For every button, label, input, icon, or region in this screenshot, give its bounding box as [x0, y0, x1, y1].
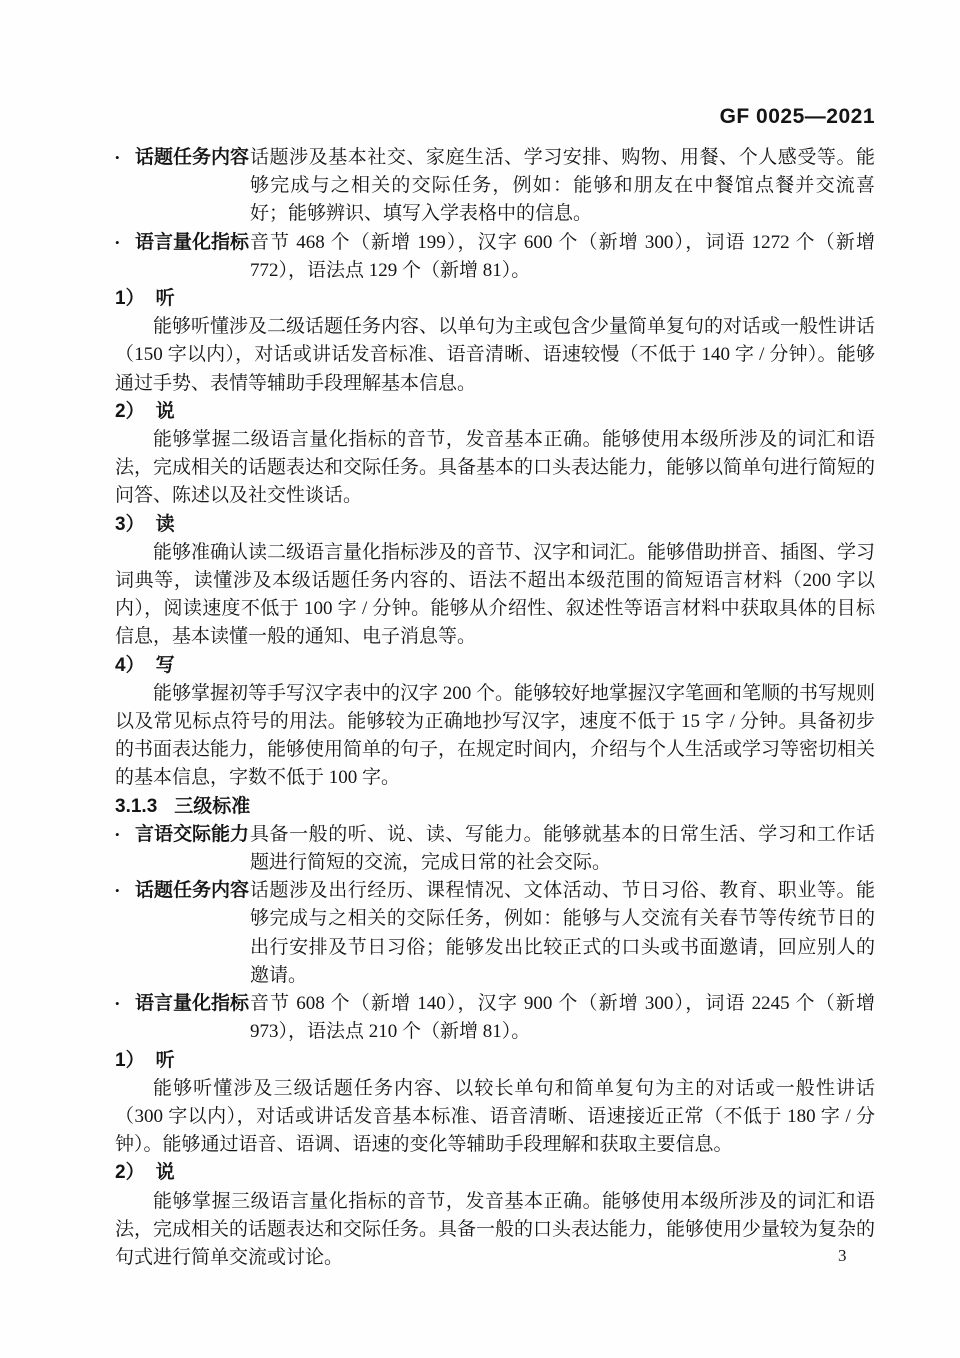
bullet-icon: • [115, 821, 135, 849]
heading-title: 说 [156, 401, 175, 422]
list-heading-listening-l2: 1）听 [115, 285, 875, 313]
bullet-icon: • [115, 990, 135, 1018]
heading-number: 1） [115, 1050, 145, 1071]
heading-title: 说 [156, 1162, 175, 1183]
heading-title: 听 [156, 288, 175, 309]
bullet-label: 话题任务内容 [135, 144, 250, 172]
paragraph-listening-l3: 能够听懂涉及三级话题任务内容、以较长单句和简单复句为主的对话或一般性讲话（300… [115, 1075, 875, 1160]
paragraph-writing-l2: 能够掌握初等手写汉字表中的汉字 200 个。能够较好地掌握汉字笔画和笔顺的书写规… [115, 680, 875, 793]
bullet-icon: • [115, 877, 135, 905]
list-heading-speaking-l2: 2）说 [115, 398, 875, 426]
section-number: 3.1.3 [115, 796, 157, 817]
bullet-item-topic-tasks-l2: • 话题任务内容 话题涉及基本社交、家庭生活、学习安排、购物、用餐、个人感受等。… [115, 144, 875, 229]
heading-title: 写 [156, 655, 175, 676]
bullet-item-topic-tasks-l3: • 话题任务内容 话题涉及出行经历、课程情况、文体活动、节日习俗、教育、职业等。… [115, 877, 875, 990]
bullet-text: 话题涉及基本社交、家庭生活、学习安排、购物、用餐、个人感受等。能够完成与之相关的… [250, 144, 875, 229]
heading-number: 3） [115, 514, 145, 535]
document-page: GF 0025—2021 • 话题任务内容 话题涉及基本社交、家庭生活、学习安排… [0, 0, 960, 1358]
bullet-label: 言语交际能力 [135, 821, 250, 849]
bullet-text: 话题涉及出行经历、课程情况、文体活动、节日习俗、教育、职业等。能够完成与之相关的… [250, 877, 875, 990]
heading-title: 听 [156, 1050, 175, 1071]
paragraph-speaking-l3: 能够掌握三级语言量化指标的音节，发音基本正确。能够使用本级所涉及的词汇和语法，完… [115, 1188, 875, 1273]
list-heading-writing-l2: 4）写 [115, 652, 875, 680]
bullet-icon: • [115, 144, 135, 172]
bullet-label: 语言量化指标 [135, 229, 250, 257]
paragraph-speaking-l2: 能够掌握二级语言量化指标的音节，发音基本正确。能够使用本级所涉及的词汇和语法，完… [115, 426, 875, 511]
bullet-text: 音节 608 个（新增 140），汉字 900 个（新增 300），词语 224… [250, 990, 875, 1046]
bullet-item-communication-l3: • 言语交际能力 具备一般的听、说、读、写能力。能够就基本的日常生活、学习和工作… [115, 821, 875, 877]
document-body: • 话题任务内容 话题涉及基本社交、家庭生活、学习安排、购物、用餐、个人感受等。… [115, 144, 875, 1272]
bullet-item-quant-indicators-l2: • 语言量化指标 音节 468 个（新增 199），汉字 600 个（新增 30… [115, 229, 875, 285]
paragraph-reading-l2: 能够准确认读二级语言量化指标涉及的音节、汉字和词汇。能够借助拼音、插图、学习词典… [115, 539, 875, 652]
page-number: 3 [838, 1246, 847, 1266]
heading-number: 1） [115, 288, 145, 309]
section-heading-level3: 3.1.3三级标准 [115, 793, 875, 821]
doc-number: GF 0025—2021 [720, 105, 875, 129]
bullet-label: 话题任务内容 [135, 877, 250, 905]
heading-number: 2） [115, 401, 145, 422]
heading-number: 4） [115, 655, 145, 676]
list-heading-reading-l2: 3）读 [115, 511, 875, 539]
section-title: 三级标准 [174, 796, 250, 817]
list-heading-listening-l3: 1）听 [115, 1047, 875, 1075]
bullet-text: 音节 468 个（新增 199），汉字 600 个（新增 300），词语 127… [250, 229, 875, 285]
list-heading-speaking-l3: 2）说 [115, 1159, 875, 1187]
bullet-icon: • [115, 229, 135, 257]
paragraph-listening-l2: 能够听懂涉及二级话题任务内容、以单句为主或包含少量简单复句的对话或一般性讲话（1… [115, 313, 875, 398]
heading-title: 读 [156, 514, 175, 535]
bullet-label: 语言量化指标 [135, 990, 250, 1018]
bullet-item-quant-indicators-l3: • 语言量化指标 音节 608 个（新增 140），汉字 900 个（新增 30… [115, 990, 875, 1046]
heading-number: 2） [115, 1162, 145, 1183]
bullet-text: 具备一般的听、说、读、写能力。能够就基本的日常生活、学习和工作话题进行简短的交流… [250, 821, 875, 877]
